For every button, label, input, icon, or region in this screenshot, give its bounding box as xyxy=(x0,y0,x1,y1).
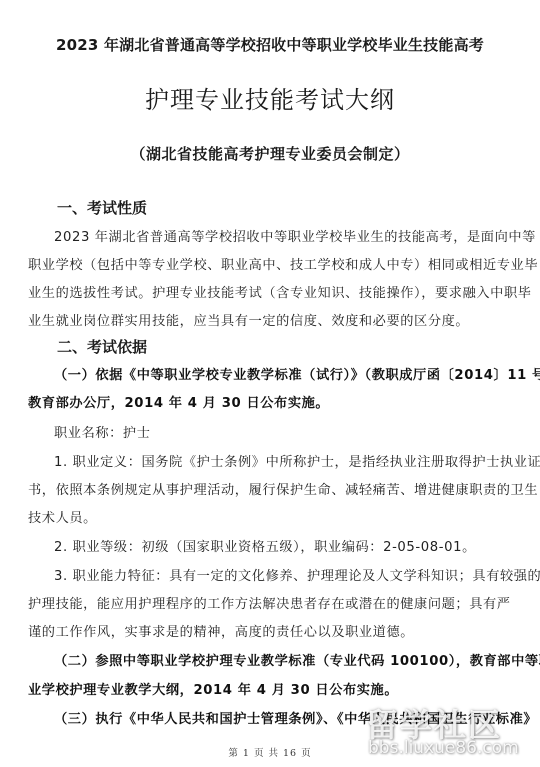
document-page: 2023 年湖北省普通高等学校招收中等职业学校毕业生技能高考 护理专业技能考试大… xyxy=(0,0,540,767)
paragraph-line-bold: 业学校护理专业教学大纲，2014 年 4 月 30 日公布实施。 xyxy=(28,679,497,698)
document-subtitle: （湖北省技能高考护理专业委员会制定） xyxy=(0,143,540,164)
paragraph-line: 3. 职业能力特征：具有一定的文化修养、护理理论及人文学科知识；具有较强的 xyxy=(54,565,497,584)
section-heading-exam-basis: 二、考试依据 xyxy=(57,336,147,357)
paragraph-line-bold: （二）参照中等职业学校护理专业教学标准（专业代码 100100），教育部中等职 xyxy=(54,650,497,669)
paragraph-line: 技术人员。 xyxy=(28,507,497,526)
paragraph-line: 护理技能，能应用护理程序的工作方法解决患者存在或潜在的健康问题；具有严 xyxy=(28,593,497,612)
section-heading-exam-nature: 一、考试性质 xyxy=(57,197,147,218)
page-number-footer: 第 1 页 共 16 页 xyxy=(0,745,540,759)
paragraph-line: 业生就业岗位群实用技能，应当具有一定的信度、效度和必要的区分度。 xyxy=(28,310,497,329)
document-main-title: 护理专业技能考试大纲 xyxy=(0,80,540,115)
paragraph-line: 2023 年湖北省普通高等学校招收中等职业学校毕业生的技能高考，是面向中等 xyxy=(54,226,497,245)
occupation-level: 2. 职业等级：初级（国家职业资格五级），职业编码：2-05-08-01。 xyxy=(54,536,497,555)
paragraph-line: 书，依照本条例规定从事护理活动，履行保护生命、减轻痛苦、增进健康职责的卫生 xyxy=(28,479,497,498)
paragraph-line-bold: （三）执行《中华人民共和国护士管理条例》、《中华人民共和国卫生行业标准》 xyxy=(54,708,497,727)
paragraph-line: 职业学校（包括中等专业学校、职业高中、技工学校和成人中专）相同或相近专业毕 xyxy=(28,254,497,273)
document-title-line1: 2023 年湖北省普通高等学校招收中等职业学校毕业生技能高考 xyxy=(0,34,540,55)
paragraph-line: 谨的工作作风，实事求是的精神，高度的责任心以及职业道德。 xyxy=(28,621,497,640)
paragraph-line-bold: 教育部办公厅，2014 年 4 月 30 日公布实施。 xyxy=(28,392,497,411)
paragraph-line: 1. 职业定义：国务院《护士条例》中所称护士，是指经执业注册取得护士执业证 xyxy=(54,451,497,470)
paragraph-line-bold: （一）依据《中等职业学校专业教学标准（试行）》（教职成厅函〔2014〕11 号）… xyxy=(54,364,497,383)
occupation-name: 职业名称：护士 xyxy=(54,422,497,441)
paragraph-line: 业生的选拔性考试。护理专业技能考试（含专业知识、技能操作），要求融入中职毕 xyxy=(28,282,497,301)
